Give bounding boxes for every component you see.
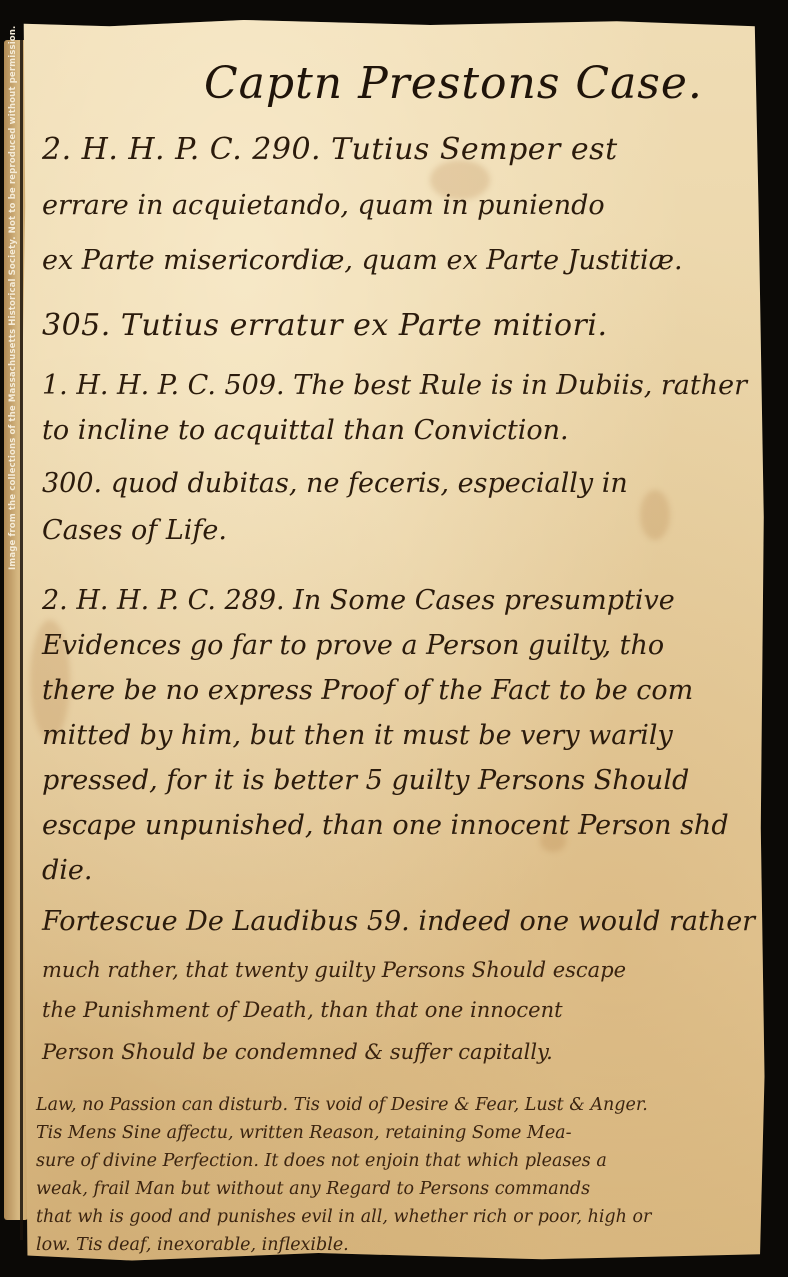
text-line: Law, no Passion can disturb. Tis void of… — [36, 1095, 648, 1115]
text-line: Fortescue De Laudibus 59. indeed one wou… — [42, 906, 755, 937]
text-line: low. Tis deaf, inexorable, inflexible. — [36, 1235, 349, 1255]
text-line: escape unpunished, than one innocent Per… — [42, 810, 729, 841]
text-line: ex Parte misericordiæ, quam ex Parte Jus… — [42, 245, 683, 276]
watermark-text: Image from the collections of the Massac… — [8, 10, 18, 570]
text-line: mitted by him, but then it must be very … — [42, 720, 673, 751]
text-line: sure of divine Perfection. It does not e… — [36, 1151, 607, 1171]
text-line: 2. H. H. P. C. 289. In Some Cases presum… — [42, 585, 675, 616]
text-line: 305. Tutius erratur ex Parte mitiori. — [42, 308, 608, 343]
text-line: there be no express Proof of the Fact to… — [42, 675, 693, 706]
text-line: errare in acquietando, quam in puniendo — [42, 190, 605, 221]
text-line: that wh is good and punishes evil in all… — [36, 1207, 651, 1227]
text-line: die. — [42, 855, 92, 886]
text-line: pressed, for it is better 5 guilty Perso… — [42, 765, 689, 796]
text-line: Evidences go far to prove a Person guilt… — [42, 630, 664, 661]
text-line: 300. quod dubitas, ne feceris, especiall… — [42, 468, 628, 499]
text-line: 2. H. H. P. C. 290. Tutius Semper est — [42, 132, 618, 167]
paper-stain — [640, 490, 670, 540]
text-line: the Punishment of Death, than that one i… — [42, 998, 563, 1022]
text-line: Cases of Life. — [42, 515, 227, 546]
scan-frame: Image from the collections of the Massac… — [0, 0, 788, 1277]
page-title: Captn Prestons Case. — [204, 58, 703, 109]
text-line: Person Should be condemned & suffer capi… — [42, 1040, 553, 1064]
text-line: 1. H. H. P. C. 509. The best Rule is in … — [42, 370, 747, 401]
text-line: weak, frail Man but without any Regard t… — [36, 1179, 590, 1199]
text-line: much rather, that twenty guilty Persons … — [42, 958, 626, 982]
text-line: Tis Mens Sine affectu, written Reason, r… — [36, 1123, 572, 1143]
copyright-watermark: Image from the collections of the Massac… — [6, 10, 22, 570]
text-line: to incline to acquittal than Conviction. — [42, 415, 569, 446]
